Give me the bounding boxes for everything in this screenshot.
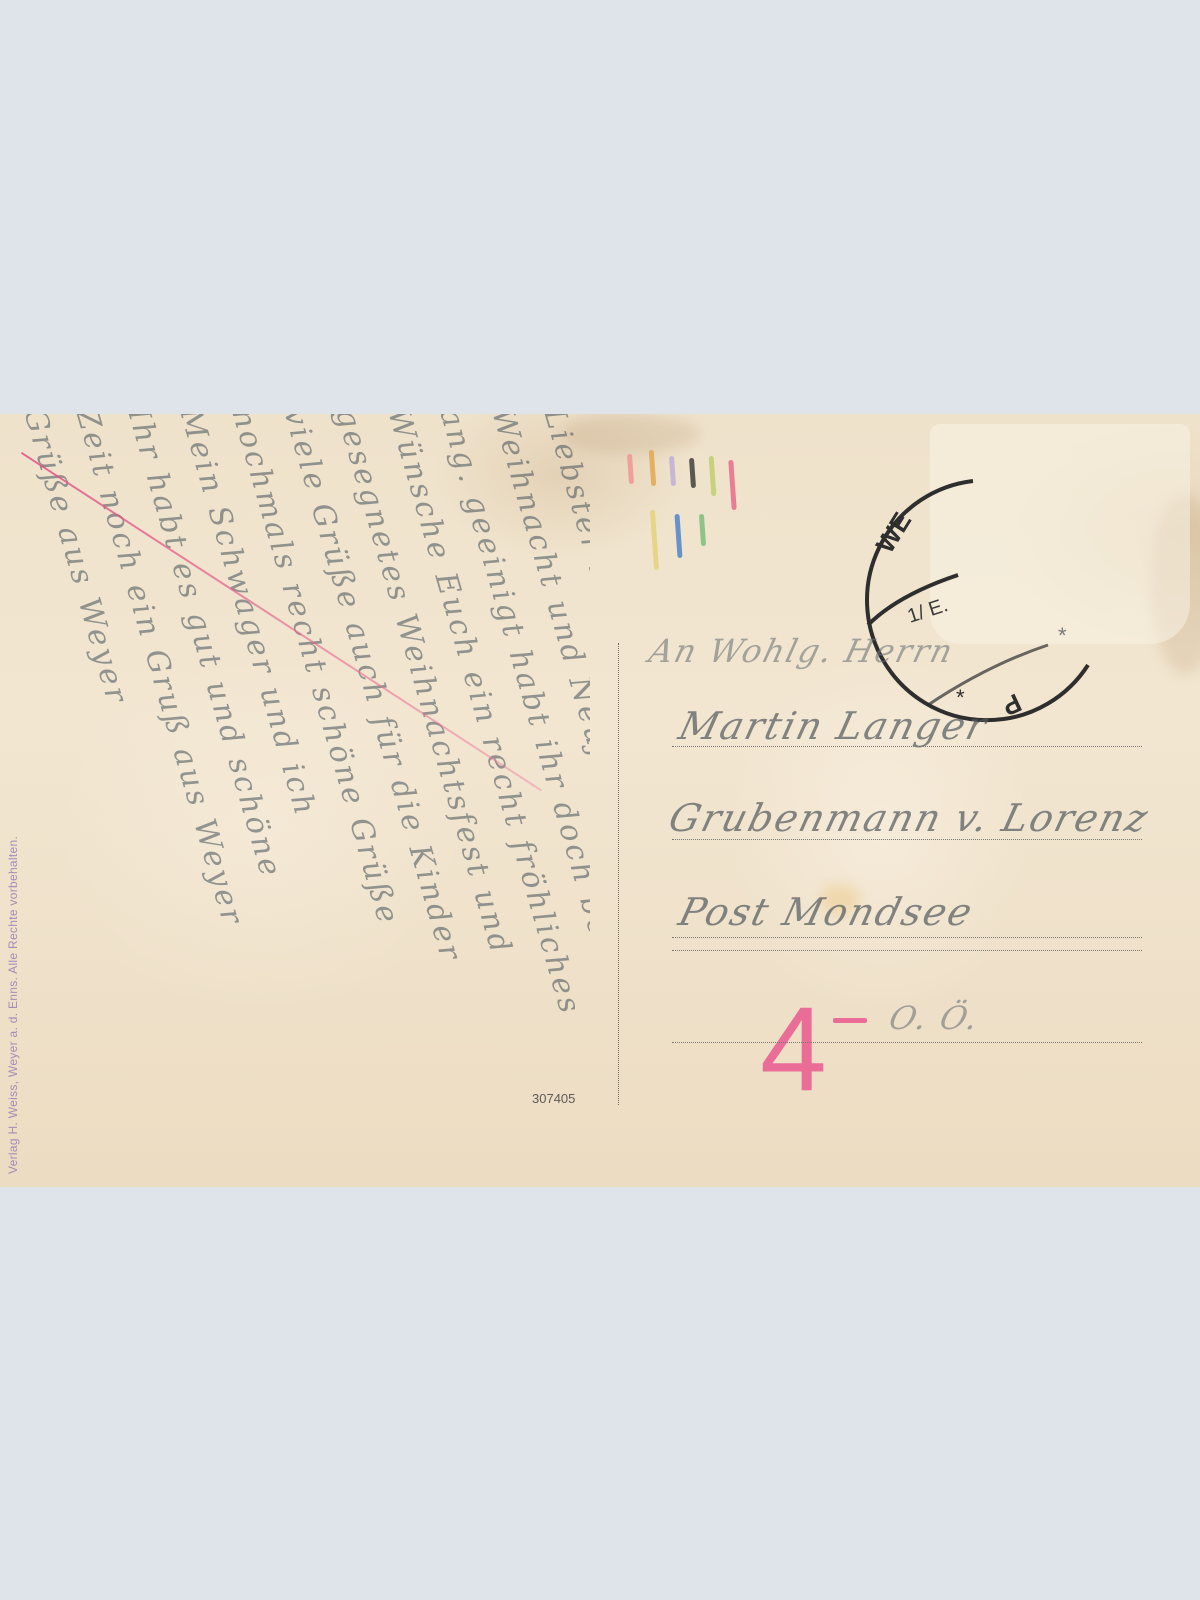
postcard-back: Liebster Bruder u. Schwägerin! Weihnacht…	[0, 414, 1200, 1187]
address-region: O. Ö.	[885, 999, 984, 1037]
address-salutation: An Wohlg. Herrn	[645, 632, 958, 670]
address-rule	[672, 746, 1142, 747]
color-swatch	[674, 514, 682, 558]
postmark-icon: WE 1/ E. P * *	[858, 475, 1108, 725]
red-crayon-mark: 4	[760, 989, 827, 1109]
color-swatch	[649, 450, 656, 486]
svg-text:*: *	[1058, 623, 1067, 648]
color-swatch	[728, 460, 736, 510]
message-area: Liebster Bruder u. Schwägerin! Weihnacht…	[0, 414, 590, 1187]
address-post: Post Mondsee	[675, 890, 979, 934]
publisher-imprint: Verlag H. Weiss, Weyer a. d. Enns. Alle …	[6, 836, 20, 1174]
color-swatch	[709, 456, 717, 496]
color-swatch	[669, 456, 676, 486]
address-rule	[672, 839, 1142, 840]
color-swatch	[650, 510, 659, 570]
card-number: 307405	[532, 1091, 575, 1106]
svg-text:1/ E.: 1/ E.	[905, 594, 951, 628]
address-rule	[672, 950, 1142, 951]
color-swatch	[699, 514, 706, 546]
address-divider	[618, 643, 619, 1105]
address-rule	[672, 937, 1142, 938]
red-crayon-dash	[833, 1018, 867, 1023]
color-swatch	[689, 458, 696, 488]
address-name: Martin Langer	[675, 704, 993, 748]
postmark: WE 1/ E. P * *	[858, 475, 1108, 725]
svg-text:P: P	[998, 688, 1026, 723]
color-swatch	[627, 454, 634, 484]
address-rule	[672, 1042, 1142, 1043]
address-street: Grubenmann v. Lorenz	[665, 796, 1154, 840]
